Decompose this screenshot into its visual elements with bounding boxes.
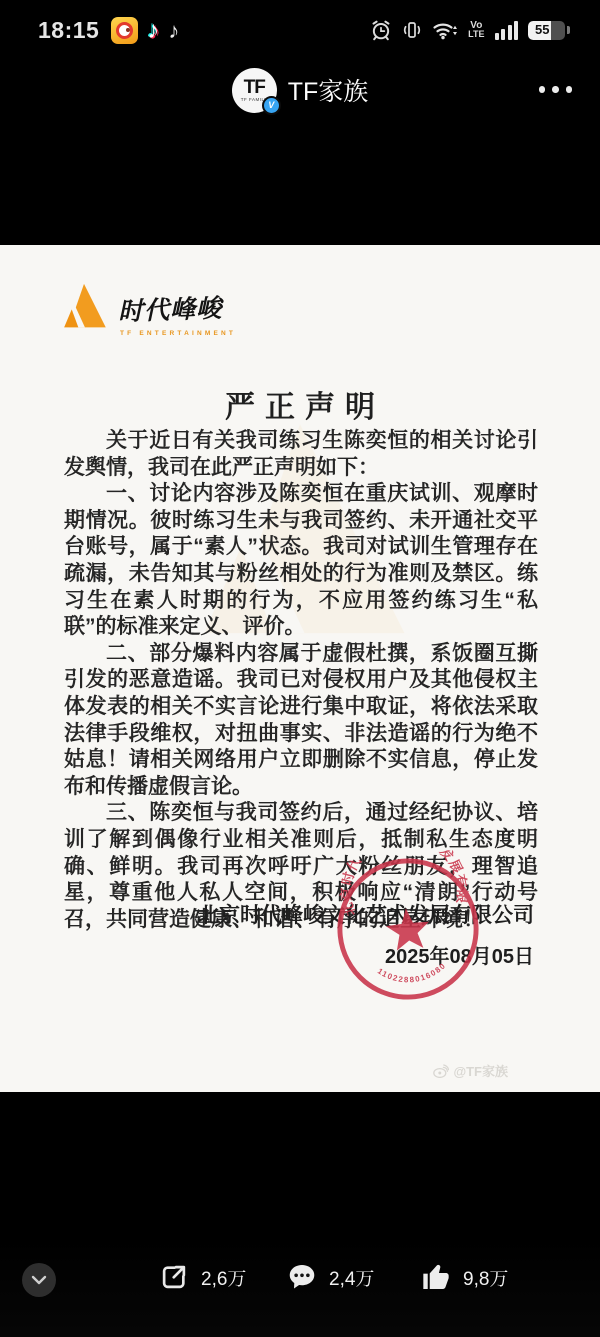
repost-button[interactable]: 2,6万 (158, 1261, 246, 1293)
weibo-app-icon (111, 17, 138, 44)
chevron-down-icon (30, 1274, 48, 1286)
clock-time: 18:15 (38, 17, 99, 44)
brand-subtitle: TF ENTERTAINMENT (120, 330, 236, 337)
action-bar: 2,6万 2,4万 9,8万 (0, 1237, 600, 1337)
statement-body: 关于近日有关我司练习生陈奕恒的相关讨论引发舆情，我司在此严正声明如下： 一、讨论… (64, 428, 538, 933)
comment-count: 2,4万 (329, 1264, 374, 1291)
comment-button[interactable]: 2,4万 (286, 1261, 374, 1293)
post-header: TF TF FAMILY V TF家族 (0, 60, 600, 120)
signature-block: 北京时代峰峻文化艺术发展有限公司 2025年08月05日 (198, 899, 534, 969)
more-options-button[interactable] (535, 82, 577, 97)
signal-bars-icon (495, 21, 519, 40)
account-name[interactable]: TF家族 (288, 72, 369, 108)
tiktok-icon: ♪ (147, 17, 159, 44)
statement-date: 2025年08月05日 (198, 940, 534, 969)
like-count: 9,8万 (463, 1264, 508, 1291)
brand-name: 时代峰峻 (117, 288, 236, 328)
share-icon (158, 1261, 190, 1293)
comment-icon (286, 1261, 318, 1293)
statement-paragraph: 二、部分爆料内容属于虚假杜撰，系饭圈互撕引发的恶意造谣。我司已对侵权用户及其他侵… (64, 641, 538, 801)
status-bar: 18:15 ♪ ♪ (0, 0, 600, 60)
collapse-button[interactable] (22, 1263, 56, 1297)
wifi-icon (432, 19, 458, 41)
notification-icons: ♪ ♪ (111, 17, 179, 44)
battery-level: 55 (535, 22, 549, 37)
thumbs-up-icon (420, 1261, 452, 1293)
music-note-icon: ♪ (168, 17, 179, 44)
weibo-post-screen: 18:15 ♪ ♪ (0, 0, 600, 1337)
battery-indicator: 55 (528, 21, 565, 40)
verified-badge-icon: V (262, 96, 281, 115)
tf-entertainment-logo-icon (60, 282, 108, 334)
statement-title: 严正声明 (0, 382, 600, 426)
alarm-icon (370, 19, 392, 41)
statement-paragraph: 关于近日有关我司练习生陈奕恒的相关讨论引发舆情，我司在此严正声明如下： (64, 428, 538, 481)
repost-count: 2,6万 (201, 1264, 246, 1291)
statement-image[interactable]: 时代峰峻 TF ENTERTAINMENT 严正声明 关于近日有关我司练习生陈奕… (0, 245, 600, 1092)
system-indicators: Vo LTE 55 (370, 19, 570, 41)
statement-paragraph: 一、讨论内容涉及陈奕恒在重庆试训、观摩时期情况。彼时练习生未与我司签约、未开通社… (64, 481, 538, 641)
like-button[interactable]: 9,8万 (420, 1261, 508, 1293)
vibrate-icon (402, 19, 422, 41)
battery-nub (567, 26, 570, 34)
brand-block: 时代峰峻 TF ENTERTAINMENT (60, 282, 236, 337)
avatar[interactable]: TF TF FAMILY V (232, 68, 277, 113)
watermark-credit: @TF家族 (433, 1061, 508, 1080)
weibo-watermark-icon (433, 1064, 449, 1078)
company-signature: 北京时代峰峻文化艺术发展有限公司 (198, 899, 534, 929)
volte-indicator: Vo LTE (468, 21, 484, 39)
